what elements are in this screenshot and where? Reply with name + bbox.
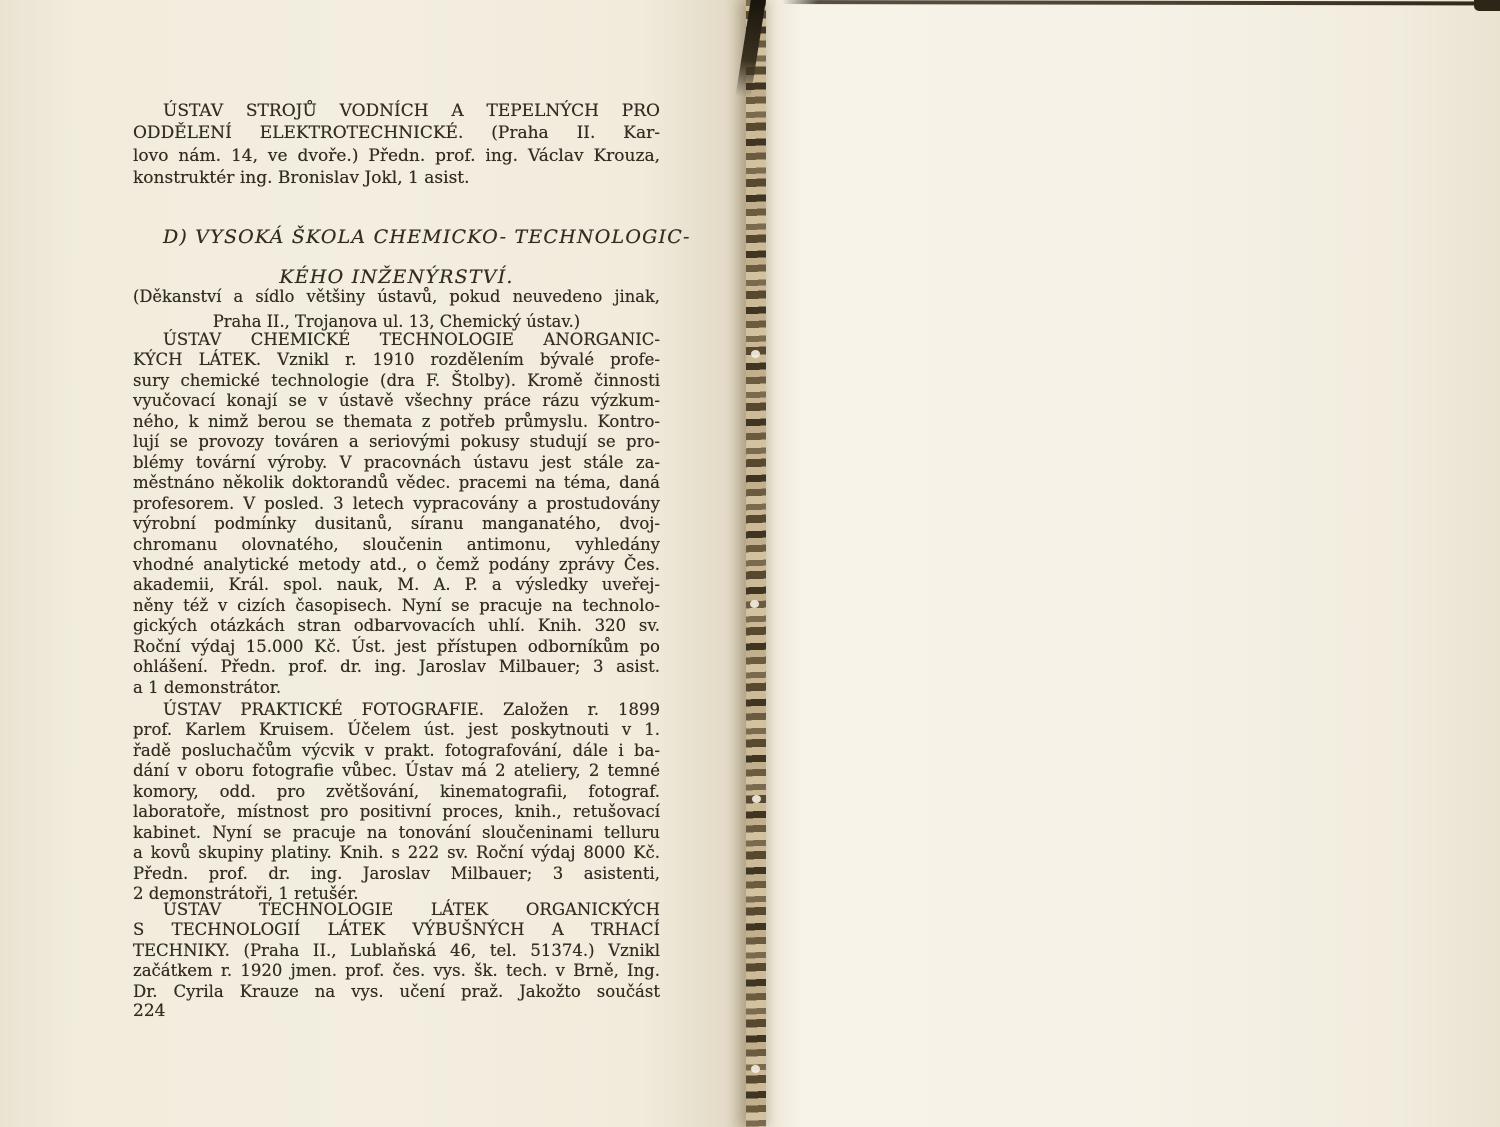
text-line: prof. Karlem Kruisem. Účelem úst. jest p… [133, 720, 660, 740]
text-line: a 1 demonstrátor. [133, 678, 660, 698]
text-line: něny též v cizích časopisech. Nyní se pr… [133, 596, 660, 616]
scan-edge-corner [1474, 0, 1500, 11]
book-scan: { "palette":{"paper_left":"#f3eee0","pap… [0, 0, 1500, 1127]
page-number-left: 224 [133, 1001, 165, 1021]
text-line: gických otázkách stran odbarvovacích uhl… [133, 616, 660, 636]
text-line: Dr. Cyrila Krauze na vys. učení praž. Ja… [133, 982, 660, 1002]
stitch-thread [750, 600, 759, 608]
text-line: ÚSTAV TECHNOLOGIE LÁTEK ORGANICKÝCH [133, 900, 660, 920]
text-line: výrobní podmínky dusitanů, síranu mangan… [133, 514, 660, 534]
text-line: ÚSTAV CHEMICKÉ TECHNOLOGIE ANORGANIC- [133, 330, 660, 350]
text-line: ODDĚLENÍ ELEKTROTECHNICKÉ. (Praha II. Ka… [133, 122, 660, 144]
text-line: S TECHNOLOGIÍ LÁTEK VÝBUŠNÝCH A TRHACÍ [133, 920, 660, 940]
text-line: a kovů skupiny platiny. Knih. s 222 sv. … [133, 843, 660, 863]
text-line: (Děkanství a sídlo většiny ústavů, pokud… [133, 284, 660, 309]
text-line: laboratoře, místnost pro positivní proce… [133, 802, 660, 822]
text-line: Roční výdaj 15.000 Kč. Úst. jest přístup… [133, 637, 660, 657]
text-line: ohlášení. Předn. prof. dr. ing. Jaroslav… [133, 657, 660, 677]
text-line: komory, odd. pro zvětšování, kinematogra… [133, 782, 660, 802]
text-line: dání v oboru fotografie vůbec. Ústav má … [133, 761, 660, 781]
text-line: vyučovací konají se v ústavě všechny prá… [133, 391, 660, 411]
text-line: konstruktér ing. Bronislav Jokl, 1 asist… [133, 167, 660, 189]
text-line: chromanu olovnatého, sloučenin antimonu,… [133, 535, 660, 555]
left-page: ÚSTAV STROJŮ VODNÍCH A TEPELNÝCH PROODDĚ… [0, 0, 748, 1127]
text-line: Předn. prof. dr. ing. Jaroslav Milbauer;… [133, 864, 660, 884]
text-line: řadě posluchačům výcvik v prakt. fotogra… [133, 741, 660, 761]
paragraph-anorganicke-latky: ÚSTAV CHEMICKÉ TECHNOLOGIE ANORGANIC-KÝC… [133, 330, 660, 698]
section-note: (Děkanství a sídlo většiny ústavů, pokud… [133, 284, 660, 334]
paragraph-prakticka-fotografie: ÚSTAV PRAKTICKÉ FOTOGRAFIE. Založen r. 1… [133, 700, 660, 905]
paragraph-latky-organicke: ÚSTAV TECHNOLOGIE LÁTEK ORGANICKÝCHS TEC… [133, 900, 660, 1002]
text-line: D) VYSOKÁ ŠKOLA CHEMICKO- TECHNOLOGIC- [133, 217, 660, 257]
text-line: akademii, Král. spol. nauk, M. A. P. a v… [133, 575, 660, 595]
stitch-thread [751, 350, 760, 358]
text-line: kabinet. Nyní se pracuje na tonování slo… [133, 823, 660, 843]
text-line: profesorem. V posled. 3 letech vypracová… [133, 494, 660, 514]
text-line: KÝCH LÁTEK. Vznikl r. 1910 rozdělením bý… [133, 350, 660, 370]
stitch-thread [751, 1065, 760, 1073]
book-binding-spine [746, 0, 766, 1127]
text-line: vhodné analytické metody atd., o čemž po… [133, 555, 660, 575]
text-line: začátkem r. 1920 jmen. prof. čes. vys. š… [133, 961, 660, 981]
right-page: vys. učení má úst. účel především vyučov… [766, 0, 1500, 1127]
text-line: lují se provozy továren a seriovými poku… [133, 432, 660, 452]
institute-header: ÚSTAV STROJŮ VODNÍCH A TEPELNÝCH PROODDĚ… [133, 100, 660, 190]
text-line: ÚSTAV PRAKTICKÉ FOTOGRAFIE. Založen r. 1… [133, 700, 660, 720]
text-line: sury chemické technologie (dra F. Štolby… [133, 371, 660, 391]
text-line: blémy tovární výroby. V pracovnách ústav… [133, 453, 660, 473]
text-line: ného, k nimž berou se themata z potřeb p… [133, 412, 660, 432]
text-line: TECHNIKY. (Praha II., Lublaňská 46, tel.… [133, 941, 660, 961]
text-line: městnáno několik doktorandů vědec. prace… [133, 473, 660, 493]
stitch-thread [752, 795, 761, 803]
text-line: ÚSTAV STROJŮ VODNÍCH A TEPELNÝCH PRO [133, 100, 660, 122]
text-line: lovo nám. 14, ve dvoře.) Předn. prof. in… [133, 145, 660, 167]
